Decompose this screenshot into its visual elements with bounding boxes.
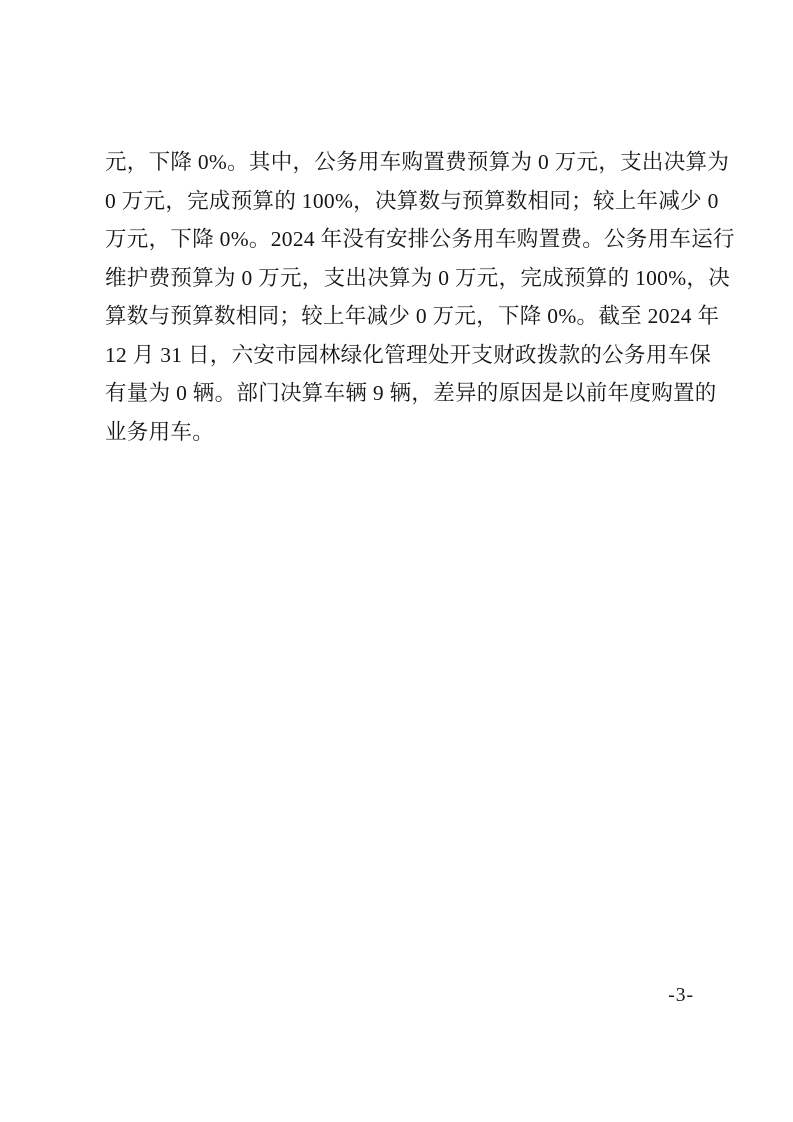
body-text-line: 元，下降 0%。其中，公务用车购置费预算为 0 万元，支出决算为 (105, 143, 691, 182)
body-text-line: 维护费预算为 0 万元，支出决算为 0 万元，完成预算的 100%，决 (105, 259, 691, 298)
body-text-line: 万元，下降 0%。2024 年没有安排公务用车购置费。公务用车运行 (105, 220, 691, 259)
body-text-line: 算数与预算数相同；较上年减少 0 万元，下降 0%。截至 2024 年 (105, 297, 691, 336)
body-paragraph: 元，下降 0%。其中，公务用车购置费预算为 0 万元，支出决算为 0 万元，完成… (105, 143, 691, 451)
body-text-line: 有量为 0 辆。部门决算车辆 9 辆，差异的原因是以前年度购置的 (105, 374, 691, 413)
body-text-line: 0 万元，完成预算的 100%，决算数与预算数相同；较上年减少 0 (105, 182, 691, 221)
page-number: -3- (668, 985, 694, 1007)
body-text-line: 12 月 31 日，六安市园林绿化管理处开支财政拨款的公务用车保 (105, 336, 691, 375)
body-text-line: 业务用车。 (105, 413, 691, 452)
document-page: 元，下降 0%。其中，公务用车购置费预算为 0 万元，支出决算为 0 万元，完成… (0, 0, 793, 1122)
